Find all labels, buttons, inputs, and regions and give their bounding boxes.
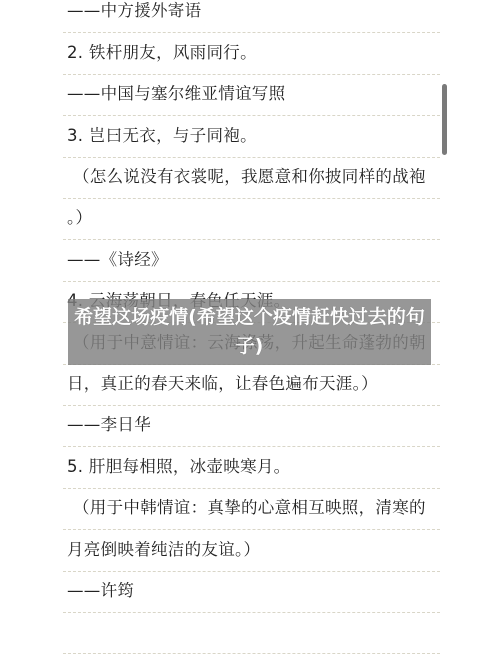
vertical-scrollbar[interactable] bbox=[442, 84, 447, 155]
text-line: （怎么说没有衣裳呢，我愿意和你披同样的战袍 bbox=[63, 158, 440, 199]
attribution-text: ——中方援外寄语 bbox=[67, 1, 201, 21]
explanation-text: 。） bbox=[67, 208, 92, 228]
text-line: 5. 肝胆每相照，冰壶映寒月。 bbox=[63, 447, 440, 488]
text-line bbox=[63, 613, 440, 654]
attribution-text: ——《诗经》 bbox=[67, 250, 168, 270]
explanation-text: （用于中韩情谊：真挚的心意相互映照，清寒的 bbox=[73, 498, 426, 518]
title-overlay-banner: 希望这场疫情(希望这个疫情赶快过去的句子) bbox=[68, 299, 431, 365]
attribution-text: ——李日华 bbox=[67, 415, 151, 435]
overlay-title: 希望这场疫情(希望这个疫情赶快过去的句子) bbox=[68, 303, 431, 361]
text-line: 2. 铁杆朋友，风雨同行。 bbox=[63, 33, 440, 74]
text-line: 月亮倒映着纯洁的友谊。） bbox=[63, 530, 440, 571]
quote-text: 3. 岂曰无衣，与子同袍。 bbox=[67, 126, 257, 146]
text-line: ——许筠 bbox=[63, 572, 440, 613]
text-line: 3. 岂曰无衣，与子同袍。 bbox=[63, 116, 440, 157]
attribution-text: ——中国与塞尔维亚情谊写照 bbox=[67, 84, 285, 104]
text-line: ——《诗经》 bbox=[63, 240, 440, 281]
text-line: 。） bbox=[63, 199, 440, 240]
explanation-text: （怎么说没有衣裳呢，我愿意和你披同样的战袍 bbox=[73, 167, 426, 187]
explanation-text: 日，真正的春天来临，让春色遍布天涯。） bbox=[67, 374, 378, 394]
text-line: （用于中韩情谊：真挚的心意相互映照，清寒的 bbox=[63, 489, 440, 530]
text-line: ——李日华 bbox=[63, 406, 440, 447]
text-line: 日，真正的春天来临，让春色遍布天涯。） bbox=[63, 365, 440, 406]
text-line: ——中国与塞尔维亚情谊写照 bbox=[63, 75, 440, 116]
quote-text: 5. 肝胆每相照，冰壶映寒月。 bbox=[67, 457, 291, 477]
attribution-text: ——许筠 bbox=[67, 581, 134, 601]
quote-text: 2. 铁杆朋友，风雨同行。 bbox=[67, 43, 257, 63]
text-line: ——中方援外寄语 bbox=[63, 0, 440, 33]
explanation-text: 月亮倒映着纯洁的友谊。） bbox=[67, 540, 260, 560]
